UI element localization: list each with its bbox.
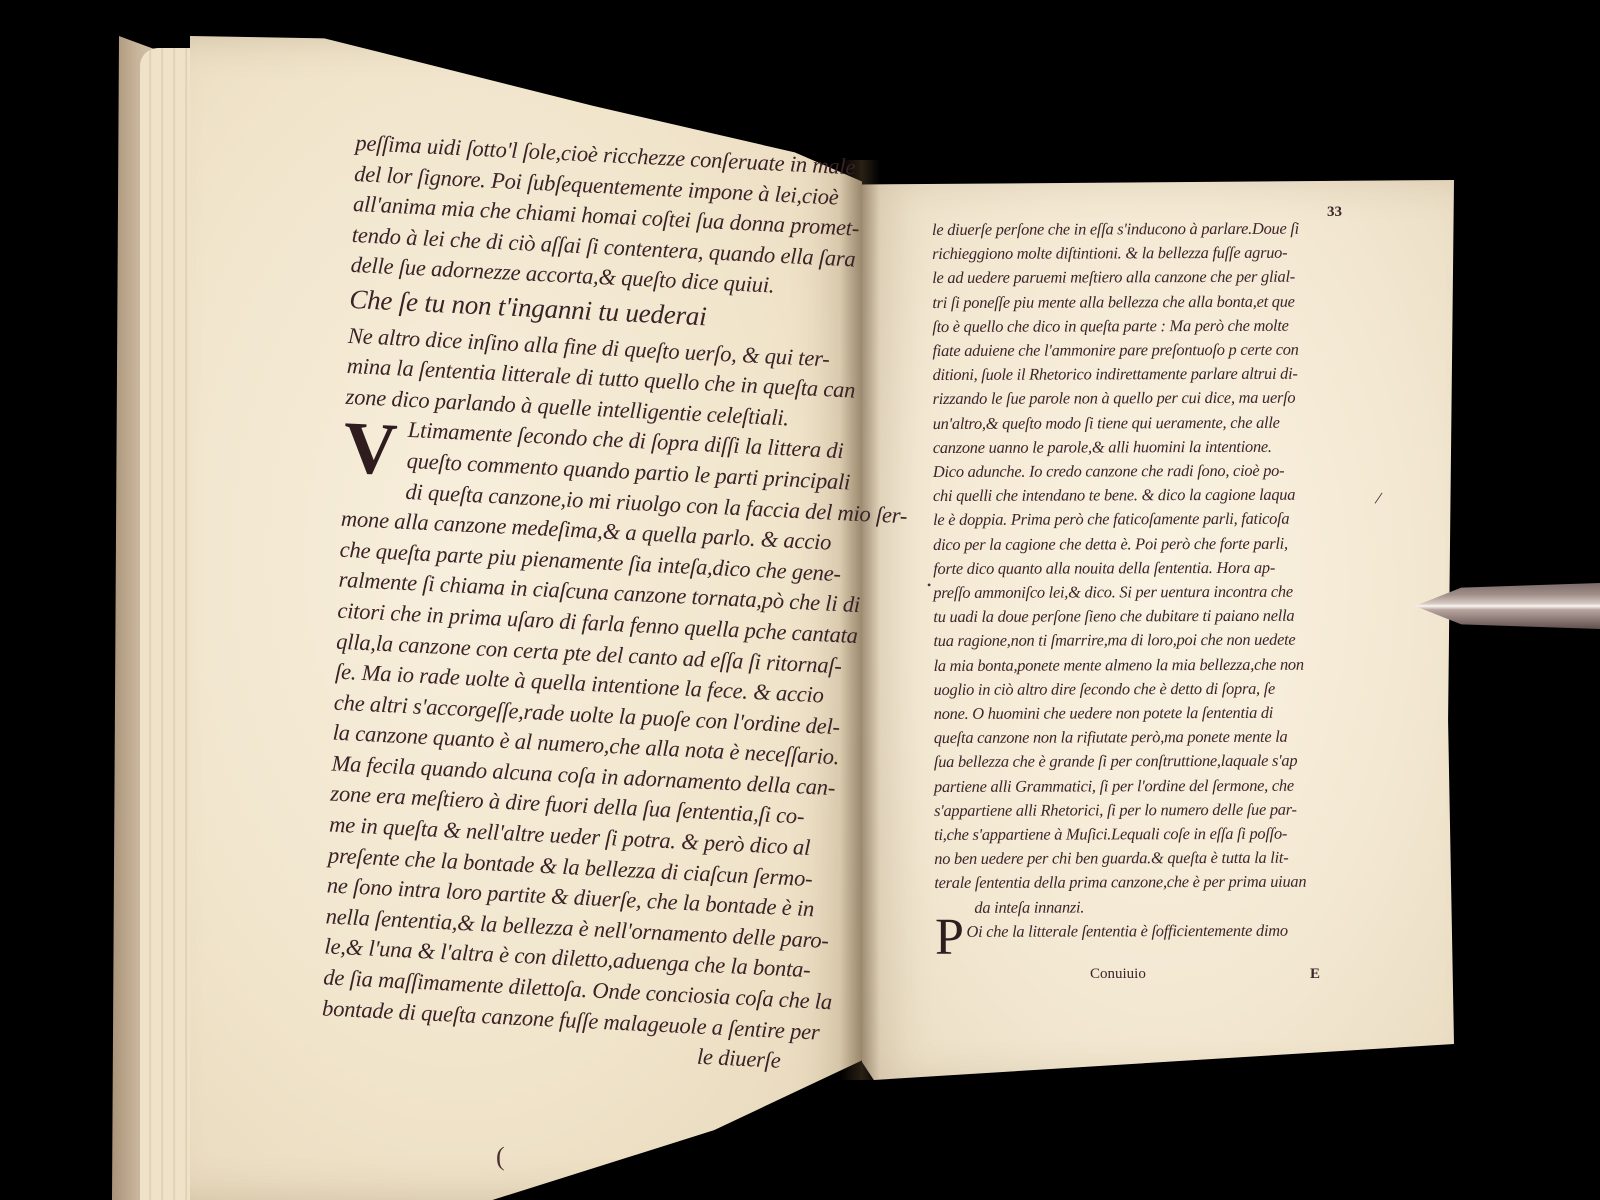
text-line: un'altro,& queſto modo ſi tiene qui uera… — [933, 410, 1353, 436]
bottom-mark: ( — [496, 1142, 505, 1172]
text-line: le diuerſe perſone che in eſſa s'inducon… — [932, 217, 1352, 243]
text-line: preſſo ammoniſco lei,& dico. Si per uent… — [933, 580, 1353, 606]
book-gutter — [840, 160, 880, 1080]
text-line: ſua bellezza che è grande ſi per conſtru… — [934, 749, 1354, 775]
text-line: le è doppia. Prima però che faticoſament… — [933, 507, 1353, 533]
right-page-text: le diuerſe perſone che in eſſa s'inducon… — [932, 217, 1355, 945]
marginal-dot-mark: • — [927, 578, 931, 593]
text-line: fiate aduiene che l'ammonire pare preſon… — [932, 338, 1352, 364]
running-footer: Conuiuio E — [1090, 966, 1320, 983]
text-line: dico per la cagione che detta è. Poi per… — [933, 531, 1353, 557]
text-line: tu uadi la doue perſone ſieno che dubita… — [933, 604, 1353, 630]
text-line: partiene alli Grammatici, ſi per l'ordin… — [934, 773, 1354, 799]
text-line: forte dico quanto alla nouita della ſent… — [933, 555, 1353, 581]
text-line: none. O huomini che uedere non potete la… — [934, 701, 1354, 727]
book-photograph: peſſima uidi ſotto'l ſole,cioè ricchezze… — [0, 0, 1600, 1200]
signature-mark: E — [1310, 966, 1320, 983]
text-line: ti,che s'appartiene à Muſici.Lequali coſ… — [934, 822, 1354, 848]
left-page-text: peſſima uidi ſotto'l ſole,cioè ricchezze… — [320, 128, 845, 1078]
text-line: Dico adunche. Io credo canzone che radi … — [933, 459, 1353, 485]
text-line: s'appartiene alli Rhetorici, ſi per lo n… — [934, 797, 1354, 823]
text-line: tri ſi poneſſe piu mente alla bellezza c… — [932, 289, 1352, 315]
text-line: Oi che la litterale ſententia è ſofficie… — [934, 918, 1354, 944]
text-line: canzone uanno le parole,& alli huomini l… — [933, 434, 1353, 460]
text-line: chi quelli che intendano te bene. & dico… — [933, 483, 1353, 509]
dropcap-p: P — [935, 912, 964, 964]
text-line: uoglio in ciò altro dire ſecondo che è d… — [934, 676, 1354, 702]
text-line: la mia bonta,ponete mente almeno la mia … — [934, 652, 1354, 678]
text-line: richieggiono molte diſtintioni. & la bel… — [932, 241, 1352, 267]
running-title: Conuiuio — [1090, 966, 1146, 983]
text-line: rizzando le ſue parole non à quello per … — [933, 386, 1353, 412]
text-line: ſto è quello che dico in queſta parte : … — [932, 313, 1352, 339]
text-line: terale ſententia della prima canzone,che… — [934, 870, 1354, 896]
text-line: le ad uedere paruemi meſtiero alla canzo… — [932, 265, 1352, 291]
text-line: no ben uedere per chi ben guarda.& queſt… — [934, 846, 1354, 872]
text-line: ditioni, ſuole il Rhetorico indirettamen… — [933, 362, 1353, 388]
text-line: queſta canzone non la rifiutate però,ma … — [934, 725, 1354, 751]
dropcap-v: V — [343, 418, 399, 481]
text-line: da inteſa innanzi. — [934, 894, 1354, 920]
text-line: tua ragione,non ti ſmarrire,ma di loro,p… — [933, 628, 1353, 654]
